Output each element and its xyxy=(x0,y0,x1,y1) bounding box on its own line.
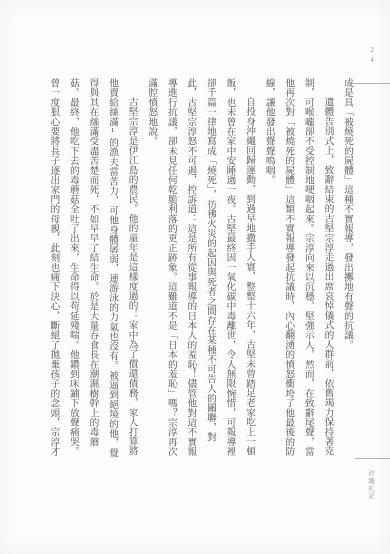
text-column: 飯，也未曾在家中安睡過一夜。古堅最終因一氧化碳中毒離世，令人無限惋惜，可報導裡 xyxy=(224,78,234,457)
text-column: 此，古堅宗淳怒不可遏，控訴道：這是所有從事報導的日本人的羞恥！儘管他對這不實報 xyxy=(185,78,195,457)
text-block: 成是具「被燒死的屍體」這種不實報導，發出擲地有聲的抗議。遺體告別式上，致辭結束的… xyxy=(48,78,352,457)
book-page: 24 成是具「被燒死的屍體」這種不實報導，發出擲地有聲的抗議。遺體告別式上，致辭… xyxy=(0,0,390,554)
text-column: 線，讓他發出聲聲嗚咽。 xyxy=(264,78,274,457)
header-rule xyxy=(352,83,390,84)
text-column: 制，可喉嚨卻不受控制地哽咽起來。宗淳向來以沉穩、堅強示人，然而，在致辭尾聲，當 xyxy=(303,78,313,457)
footer-rule xyxy=(355,458,390,459)
text-column: 遺體告別式上，致辭結束的古堅宗淳走過出席哀悼儀式的人群前，依舊竭力保持著克 xyxy=(322,78,332,457)
text-column: 他賣給絲滿¹的漁夫當苦力，可他身體孱弱，連游泳的力氣也沒有。被逼到絕境的他，覺 xyxy=(107,78,117,457)
running-title: 沖繩札記 xyxy=(367,470,374,500)
text-column: 成是具「被燒死的屍體」這種不實報導，發出擲地有聲的抗議。 xyxy=(342,78,352,457)
text-column: 菇。最終，他吃下去的毒蘑菇全吐了出來，生命得以苟延殘喘。他鑽到床鋪下放聲痛哭。 xyxy=(68,78,78,457)
text-column: 導進行抗議，卻未見任何乾脆利落的更正跡象。這難道不是「日本的羞恥」嗎？宗淳再次 xyxy=(166,78,176,457)
text-column: 古堅宗淳是伊江島的農民。他的童年是這樣度過的：家中為了償還債務，家人打算將 xyxy=(126,78,136,457)
text-column: 曾一度狠心要將長子逐出家門的母親，此刻也痛下決心，斷絕了拋棄孩子的念頭，宗淳才 xyxy=(48,78,58,457)
text-column: 滿腔憤怒地說。 xyxy=(146,78,156,457)
text-column: 得與其在絲滿受盡苦楚而死，不如早早了結生命。於是大量吞食長在潮濕樹幹上的毒蘑 xyxy=(87,78,97,457)
text-column: 自投身沖繩回歸運動，到過早地撒手人寰，整整十六年，古堅未曾踏足老家吃上一頓 xyxy=(244,78,254,457)
text-column: 他再次對「被燒死的屍體」這類不實報導發起抗議時，內心翻湧的憤怒衝垮了他最後的防 xyxy=(283,78,293,457)
page-number: 24 xyxy=(368,46,375,66)
text-column: 卻千篇一律地寫成「燒死」，彷彿火災的起因與死者之間存在某種不可告人的關聯，對 xyxy=(205,78,215,457)
